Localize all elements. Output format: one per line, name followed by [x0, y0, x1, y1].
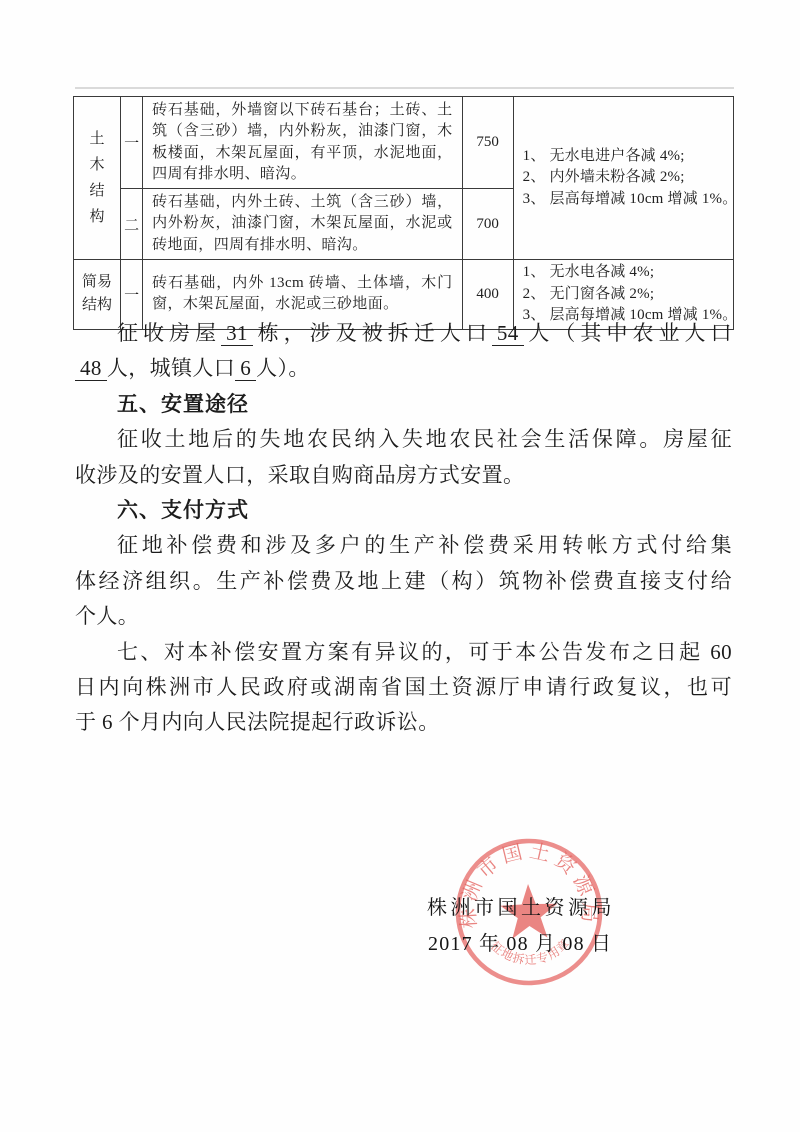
- text-segment: 栋，涉及被拆迁人口: [253, 321, 492, 345]
- structure-type-cell: 土木结构: [74, 97, 121, 260]
- remark-line: 2、 内外墙未粉各减 2%;: [523, 167, 724, 189]
- text-segment: 人（其中农业人口: [524, 321, 732, 345]
- remarks-cell: 1、 无水电进户各减 4%; 2、 内外墙未粉各减 2%; 3、 层高每增减 1…: [513, 97, 733, 260]
- paragraph-resettlement-line2: 收涉及的安置人口，采取自购商品房方式安置。: [75, 458, 732, 493]
- paragraph-payment-line2: 体经济组织。生产补偿费及地上建（构）筑物补偿费直接支付给: [75, 564, 732, 599]
- body-text: 征收房屋31栋，涉及被拆迁人口54人（其中农业人口 48人，城镇人口6人）。 五…: [75, 316, 732, 741]
- compensation-table: 土木结构 一 砖石基础，外墙窗以下砖石基台；土砖、土筑（含三砂）墙，内外粉灰，油…: [73, 96, 734, 330]
- remark-line: 1、 无水电各减 4%;: [523, 262, 724, 284]
- signature-organization: 株洲市国土资源局: [427, 891, 615, 920]
- remark-line: 2、 无门窗各减 2%;: [523, 284, 724, 306]
- sub-number-cell: 二: [121, 189, 143, 260]
- paragraph-objection-line1: 七、对本补偿安置方案有异议的，可于本公告发布之日起 60: [75, 635, 732, 670]
- table-row: 土木结构 一 砖石基础，外墙窗以下砖石基台；土砖、土筑（含三砂）墙，内外粉灰，油…: [74, 97, 734, 189]
- paragraph-resettlement-line1: 征收土地后的失地农民纳入失地农民社会生活保障。房屋征: [75, 422, 732, 457]
- section-heading-5: 五、安置途径: [75, 387, 732, 422]
- paragraph-objection-line3: 于 6 个月内向人民法院提起行政诉讼。: [75, 705, 732, 740]
- paragraph-objection-line2: 日内向株洲市人民政府或湖南省国土资源厅申请行政复议，也可: [75, 670, 732, 705]
- underlined-number: 31: [221, 321, 253, 346]
- rate-value-cell: 750: [462, 97, 513, 189]
- remark-line: 3、 层高每增减 10cm 增减 1%。: [523, 189, 724, 211]
- paragraph-payment-line3: 个人。: [75, 599, 732, 634]
- underlined-number: 6: [235, 356, 256, 381]
- underlined-number: 48: [75, 356, 107, 381]
- text-segment: 征收房屋: [117, 321, 221, 345]
- text-segment: 人）。: [256, 356, 310, 380]
- description-cell: 砖石基础，内外土砖、土筑（含三砂）墙，内外粉灰，油漆门窗，木架瓦屋面，水泥或砖地…: [143, 189, 462, 260]
- paragraph-housing-line1: 征收房屋31栋，涉及被拆迁人口54人（其中农业人口: [75, 316, 732, 351]
- text-segment: 人，城镇人口: [107, 356, 235, 380]
- description-cell: 砖石基础，外墙窗以下砖石基台；土砖、土筑（含三砂）墙，内外粉灰，油漆门窗，木板楼…: [143, 97, 462, 189]
- section-heading-6: 六、支付方式: [75, 493, 732, 528]
- sub-number-cell: 一: [121, 97, 143, 189]
- paragraph-payment-line1: 征地补偿费和涉及多户的生产补偿费采用转帐方式付给集: [75, 528, 732, 563]
- structure-type-label: 土木结构: [88, 126, 105, 230]
- table-top-faint-line: [75, 87, 734, 89]
- remark-line: 1、 无水电进户各减 4%;: [523, 146, 724, 168]
- structure-type-label: 简易结构: [80, 271, 115, 317]
- underlined-number: 54: [492, 321, 524, 346]
- signature-date: 2017 年 08 月 08 日: [428, 927, 612, 956]
- paragraph-housing-line2: 48人，城镇人口6人）。: [75, 351, 732, 386]
- rate-value-cell: 700: [462, 189, 513, 260]
- document-page: 土木结构 一 砖石基础，外墙窗以下砖石基台；土砖、土筑（含三砂）墙，内外粉灰，油…: [0, 0, 800, 1132]
